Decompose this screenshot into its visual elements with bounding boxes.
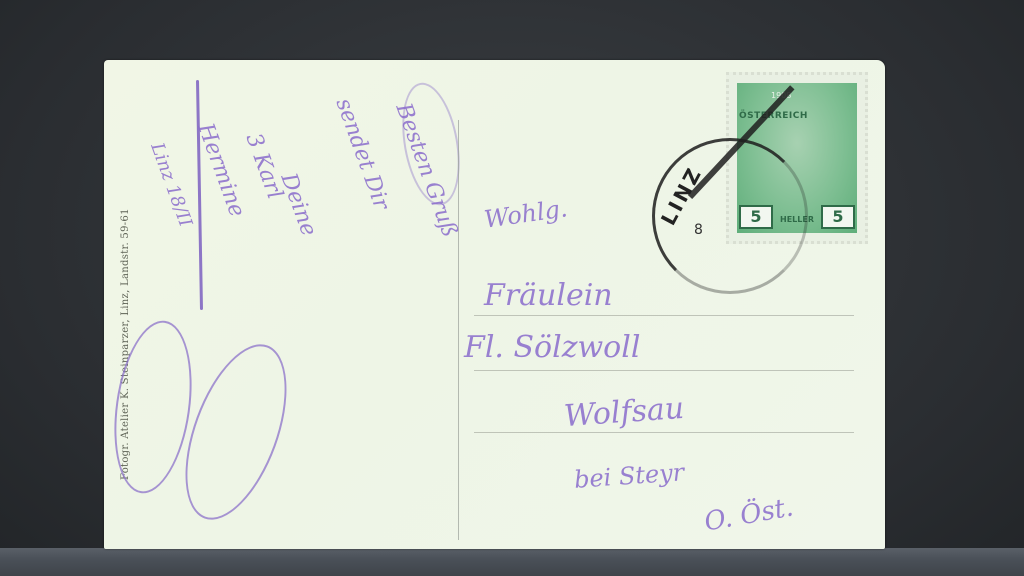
address-town: Wolfsau [563,391,685,434]
postcard: Fotogr. Atelier K. Steinparzer, Linz, La… [104,60,885,549]
address-province: O. Öst. [702,492,796,537]
address-rule [474,370,854,371]
ink-underline-stroke [196,80,203,310]
message-line: 3 Karl [241,130,288,203]
postmark-date: 8 [694,222,703,238]
display-ledge [0,548,1024,576]
address-title: Fräulein [484,278,613,313]
message-line: Linz 18/II [146,140,196,230]
address-name: Fl. Sölzwoll [464,330,640,365]
address-rule [474,432,854,433]
stamp-value-right: 5 [821,205,855,229]
message-line: sendet Dir [331,95,394,213]
address-salutation: Wohlg. [482,194,569,233]
stamp-banner: ÖSTERREICH [739,111,808,121]
address-rule [474,315,854,316]
address-region: bei Steyr [573,458,685,494]
center-divider [458,120,459,540]
